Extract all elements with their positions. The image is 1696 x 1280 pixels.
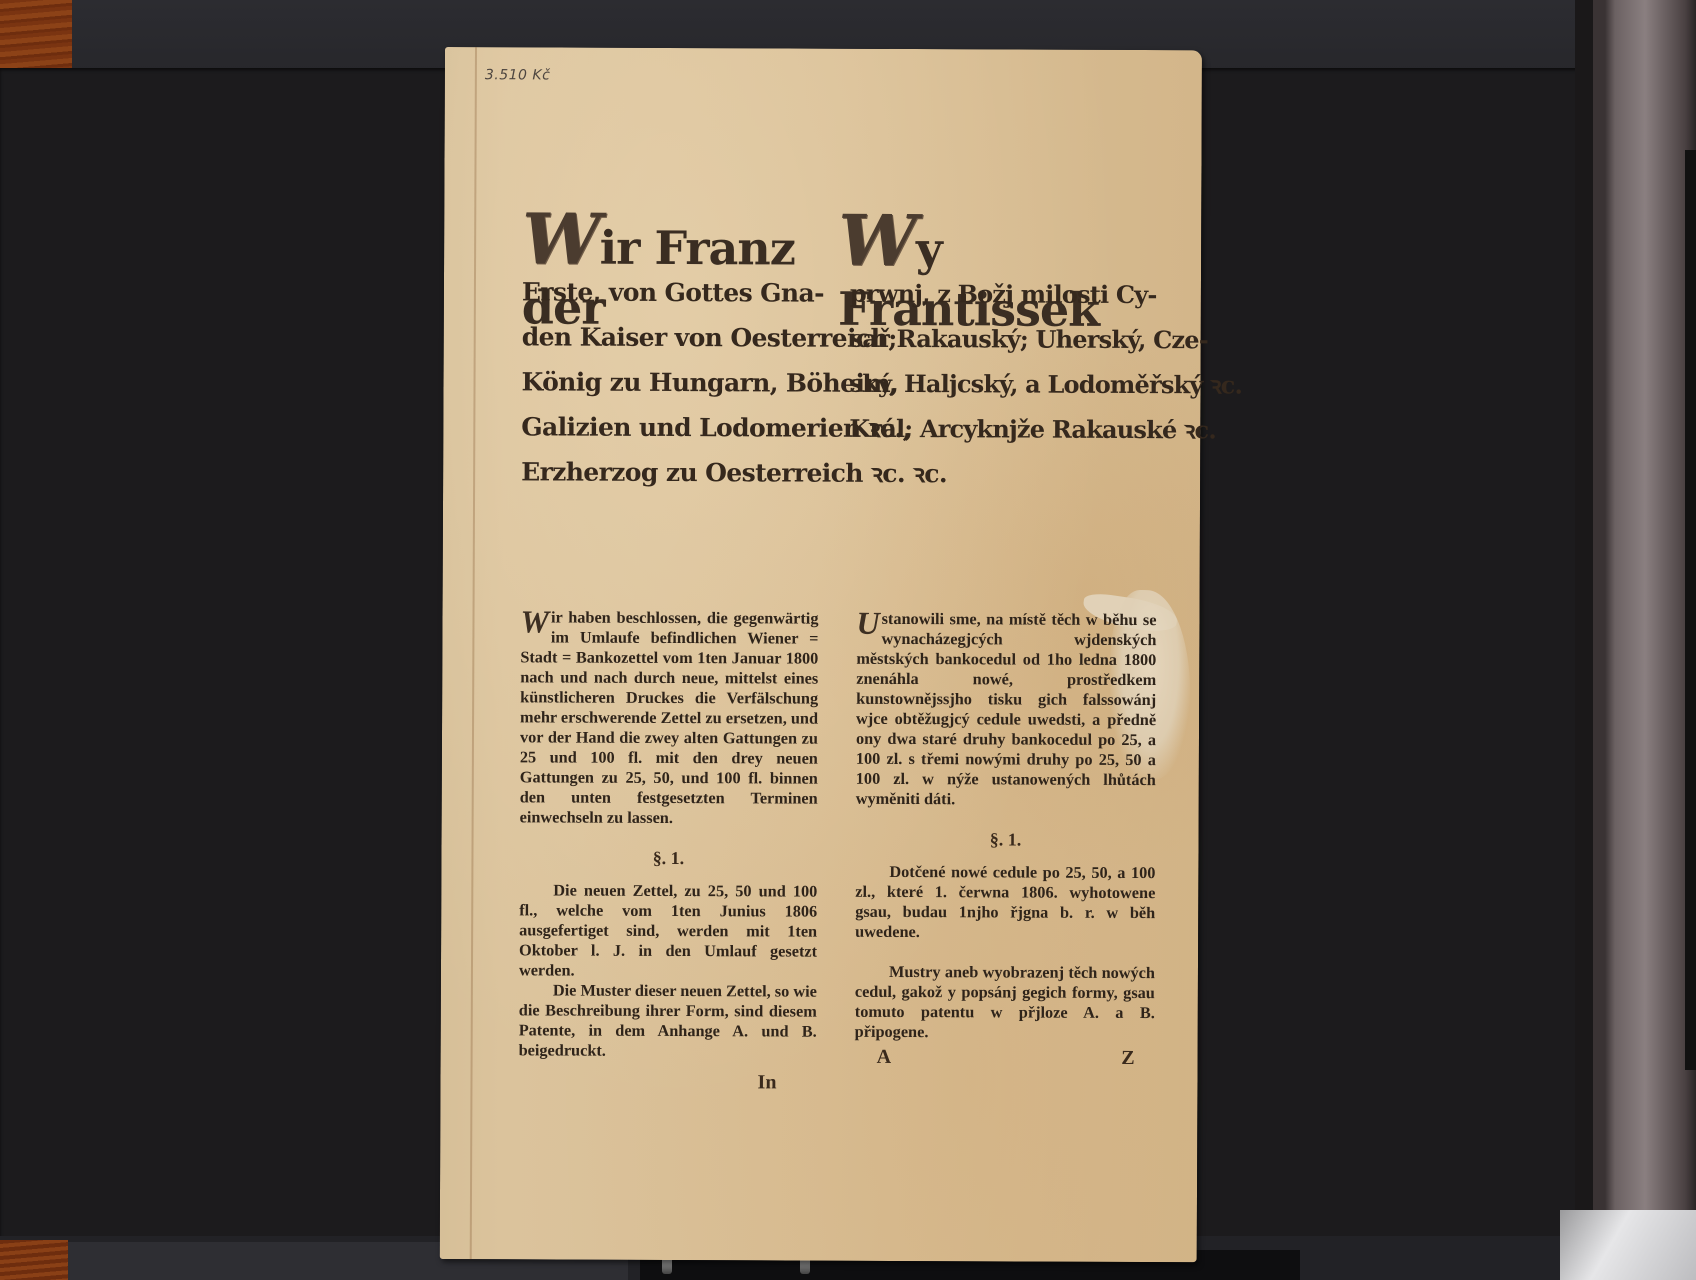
body-columns: Wir haben beschlossen, die gegenwärtig i…: [518, 607, 1156, 1096]
spacer: [855, 942, 1155, 963]
czech-heading: prwnj, z Božj milosti Cy- sař Rakauský; …: [849, 271, 1162, 497]
heading-line: sař Rakauský; Uherský, Cze-: [850, 316, 1162, 362]
section-paragraph: Mustry aneb wyobrazenj těch nowých cedul…: [855, 962, 1155, 1043]
heading-line: prwnj, z Božj milosti Cy-: [850, 271, 1162, 317]
pencil-price-note: 3.510 Kč: [485, 67, 550, 83]
german-heading: Erste, von Gottes Gna- den Kaiser von Oe…: [521, 269, 834, 495]
czech-intro-paragraph: Ustanowili sme, na místě těch w běhu se …: [856, 609, 1157, 810]
intro-text: ir haben beschlossen, die gegenwärtig im…: [520, 607, 819, 827]
section-heading: §. 1.: [519, 847, 817, 869]
section-heading: §. 1.: [856, 829, 1156, 851]
section-paragraph: Dotčené nowé cedule po 25, 50, a 100 zl.…: [855, 862, 1155, 943]
heading-line: ský, Haljcský, a Lodoměřský ꝛc.: [849, 361, 1161, 407]
signature-line: A Z: [855, 1046, 1155, 1070]
heading-line: König zu Hungarn, Böheim,: [521, 359, 833, 405]
wooden-table-corner: [0, 0, 72, 78]
german-intro-paragraph: Wir haben beschlossen, die gegenwärtig i…: [520, 607, 819, 828]
catchword: In: [518, 1070, 816, 1094]
section-paragraph: Die neuen Zettel, zu 25, 50 und 100 fl.,…: [519, 880, 817, 981]
heading-line: Erzherzog zu Oesterreich ꝛc. ꝛc.: [521, 449, 833, 495]
czech-body: Ustanowili sme, na místě těch w běhu se …: [854, 609, 1156, 1096]
fold-line: [470, 47, 477, 1259]
heading-line: Galizien und Lodomerien ꝛc.,: [521, 404, 833, 450]
german-body: Wir haben beschlossen, die gegenwärtig i…: [518, 607, 818, 1094]
drop-cap: W: [520, 607, 549, 635]
heading-columns: Erste, von Gottes Gna- den Kaiser von Oe…: [521, 269, 1162, 497]
heading-line: Erste, von Gottes Gna-: [522, 269, 834, 315]
section-paragraph: Die Muster dieser neuen Zettel, so wie d…: [519, 980, 817, 1061]
copy-stand-arm: [1575, 0, 1696, 1280]
drop-cap: U: [856, 609, 879, 637]
heading-line: den Kaiser von Oesterreich;: [522, 314, 834, 360]
intro-text: stanowili sme, na místě těch w běhu se w…: [856, 609, 1157, 808]
heading-line: Král; Arcyknjže Rakauské ꝛc.: [849, 406, 1161, 452]
document-sheet: 3.510 Kč Wir Franz der Wy Frantissek Ers…: [440, 47, 1202, 1262]
white-cloth: [1560, 1210, 1696, 1280]
wooden-table-edge: [0, 1240, 68, 1280]
signature-mark: A: [877, 1046, 892, 1069]
czech-title-initial: W: [838, 199, 916, 282]
catchword-text: Z: [1121, 1047, 1134, 1070]
photo-scene: 3.510 Kč Wir Franz der Wy Frantissek Ers…: [0, 0, 1696, 1280]
copy-stand-rail: [1685, 150, 1696, 1070]
catchword-text: In: [758, 1071, 777, 1094]
german-title-initial: W: [522, 197, 600, 280]
